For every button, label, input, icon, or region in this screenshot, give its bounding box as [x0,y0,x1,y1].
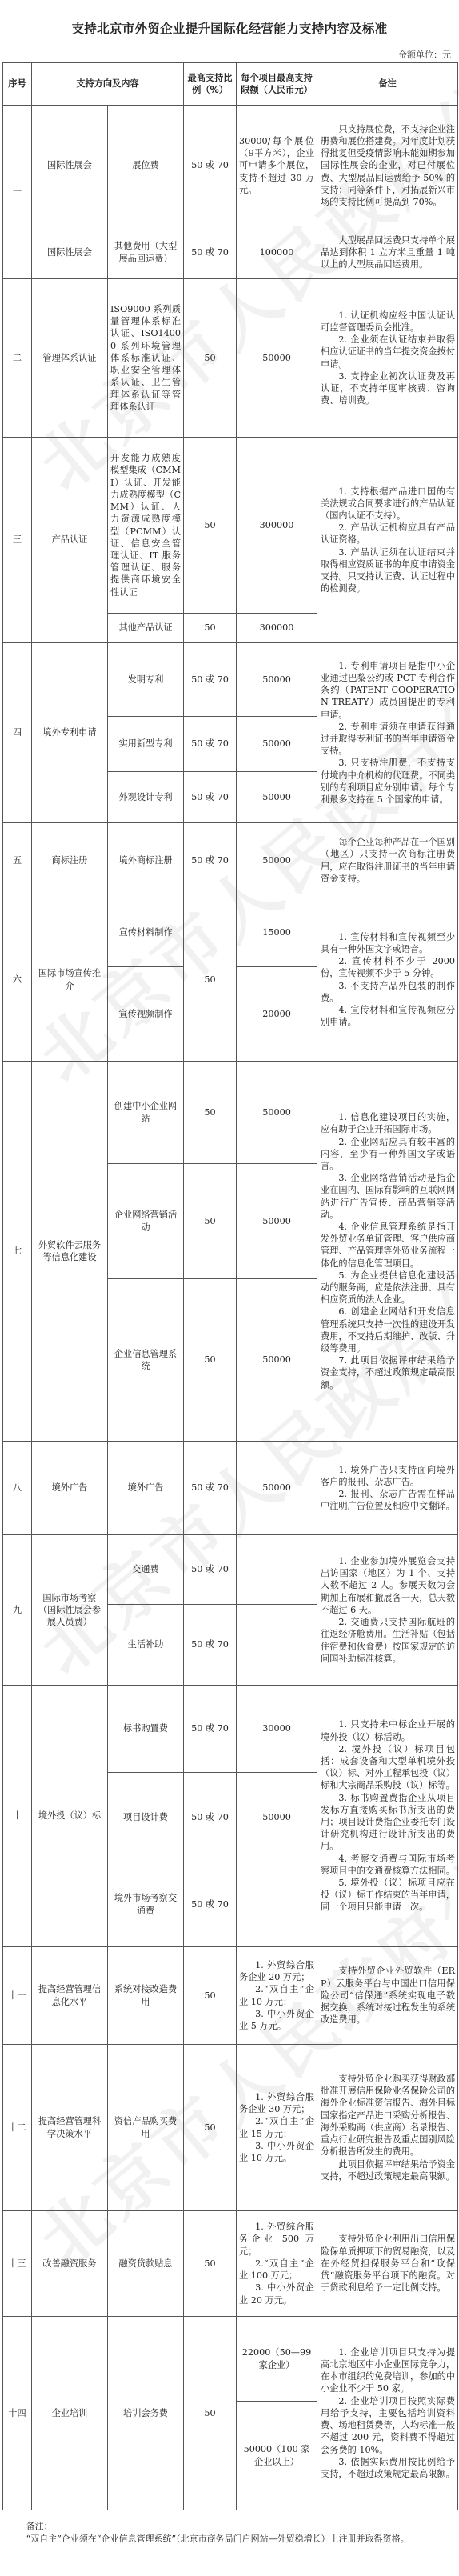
limit-text: 3. 中小外贸企业 10 万元。 [239,2140,314,2164]
note-text: 1. 专利申请项目是指中小企业通过巴黎公约或 PCT 专利合作条约（PATENT… [321,660,455,721]
note-text: 5. 为企业提供信息化建设活动的服务商，应是依法注册、具有相应资质的法人企业。 [321,1270,455,1306]
table-row: 一 国际性展会 展位费 50 或 70 30000/每个展位（9平方米），企业可… [3,106,458,226]
note-text: 4. 企业信息管理系统是指开发外贸业务单证管理、客户供应商管理、产品管理等外贸业… [321,1221,455,1270]
limit-cell: 30000/每个展位（9平方米），企业可申请多个展位，支持不超过 30 万元。 [237,106,317,226]
seq-cell: 十一 [3,1947,32,2045]
limit-cell [237,1862,317,1947]
limit-cell: 22000（50—99 家企业） [237,2317,317,2402]
ratio-cell: 50 [184,1279,237,1442]
limit-cell: 50000 [237,1442,317,1535]
seq-cell: 四 [3,643,32,823]
note-text: 支持外贸企业利用出口信用保险保单质押项下的贸易融资，以及在外经贸担保服务平台和“… [321,2233,455,2294]
note-cell: 1. 企业参加境外展览会支持出访国家（地区）为 1 个、支持人数不超过 2 人。… [317,1535,458,1686]
seq-cell: 七 [3,1062,32,1442]
limit-text: 2.“双自主”企业 15 万元； [239,2115,314,2139]
note-text: 2. 专利申请须在申请获得通过并取得专利证书的当年申请资金支持。 [321,721,455,758]
item-cell: 企业信息管理系统 [108,1279,184,1442]
note-text: 1. 宣传材料和宣传视频至少具有一种外国文字或语音。 [321,931,455,955]
table-row: 十四 企业培训 培训会务费 50 22000（50—99 家企业） 1. 企业培… [3,2317,458,2402]
note-text: 大型展品回运费只支持单个展品达到体积 1 立方米且重量 1 吨以上的大型展品回运… [321,234,455,271]
category-cell: 企业培训 [32,2317,108,2510]
limit-cell: 1. 外贸综合服务企业 20 万元； 2.“双自主”企业 10 万元； 3. 中… [237,1947,317,2045]
ratio-cell: 50 或 70 [184,226,237,279]
category-cell: 境外专利申请 [32,643,108,823]
note-cell: 1. 只支持未中标企业开展的境外投（议）标活动。 2. 境外投（议）标项目包括：… [317,1686,458,1947]
table-row: 四 境外专利申请 发明专利 50 或 70 50000 1. 专利申请项目是指中… [3,643,458,717]
limit-cell: 50000 [237,1279,317,1442]
limit-cell: 50000 [237,279,317,438]
table-row: 十一 提高经营管理信息化水平 系统对接改造费用 50 1. 外贸综合服务企业 2… [3,1947,458,2045]
table-row: 七 外贸软件云服务等信息化建设 创建中小企业网站 50 50000 1. 信息化… [3,1062,458,1164]
note-text: 2. 宣传材料不少于 2000 份，宣传视频不少于 5 分钟。 [321,955,455,979]
note-text: 此项目依据评审结果给予资金支持，不超过政策规定最高限额。 [321,2158,455,2182]
item-cell: 开发能力成熟度模型集成（CMMI）认证、开发能力成熟度模型（CMM）认证、人力资… [108,438,184,614]
ratio-cell: 50 [184,614,237,643]
ratio-cell: 50 [184,2045,237,2211]
note-text: 3. 不支持产品外包装的制作费。 [321,980,455,1004]
seq-cell: 九 [3,1535,32,1686]
limit-cell: 30000 [237,1686,317,1773]
seq-cell: 十三 [3,2211,32,2317]
limit-text: 1. 外贸综合服务企业 30 万元； [239,2091,314,2115]
category-cell: 管理体系认证 [32,279,108,438]
table-row: 六 国际市场宣传推介 宣传材料制作 50 15000 1. 宣传材料和宣传视频至… [3,898,458,967]
ratio-cell: 50 或 70 [184,772,237,823]
limit-cell: 300000 [237,614,317,643]
note-text: 2. 境外投（议）标项目包括：成套设备和大型单机境外投（议）标、对外工程承包投（… [321,1743,455,1792]
limit-cell: 50000 [237,1773,317,1862]
limit-cell: 50000 [237,772,317,823]
note-cell: 1. 企业培训项目只支持为提高北京地区中小企业国际竞争力，在本市组织的免费培训，… [317,2317,458,2510]
limit-text: 1. 外贸综合服务企业 20 万元； [239,1959,314,1983]
ratio-cell: 50 或 70 [184,1686,237,1773]
note-cell: 只支持展位费，不支持企业注册费和展位搭建费。对年度计划获得批复但受疫情影响未能如… [317,106,458,226]
header-seq: 序号 [3,63,32,106]
note-text: 1. 支持根据产品进口国的有关法规或合同要求进行的产品认证（国内认证不支持）。 [321,486,455,522]
item-cell: ISO9000 系列质量管理体系标准认证、ISO14000 系列环境管理体系标准… [108,279,184,438]
ratio-cell: 50 或 70 [184,1442,237,1535]
item-cell: 企业网络营销活动 [108,1164,184,1279]
limit-text: 2.“双自主”企业 10 万元； [239,1983,314,2007]
note-text: 支持外贸企业外贸软件（ERP）云服务平台与中国出口信用保险公司“信保通”系统实现… [321,1965,455,2026]
note-text: 只支持展位费，不支持企业注册费和展位搭建费。对年度计划获得批复但受疫情影响未能如… [321,123,455,208]
category-cell: 提高经营管理信息化水平 [32,1947,108,2045]
seq-cell: 五 [3,823,32,898]
ratio-cell: 50 或 70 [184,1605,237,1686]
category-cell: 境外投（议）标 [32,1686,108,1947]
seq-cell: 十四 [3,2317,32,2510]
seq-cell: 二 [3,279,32,438]
limit-cell: 15000 [237,898,317,967]
note-text: 2. 产品认证机构应具有产品认证资格。 [321,522,455,546]
note-cell: 支持外贸企业利用出口信用保险保单质押项下的贸易融资，以及在外经贸担保服务平台和“… [317,2211,458,2317]
note-cell: 1. 信息化建设项目的实施，应有助于企业开拓国际市场。 2. 企业网站应具有较丰… [317,1062,458,1442]
ratio-cell: 50 或 70 [184,643,237,717]
seq-cell: 十 [3,1686,32,1947]
page-title: 支持北京市外贸企业提升国际化经营能力支持内容及标准 [0,19,459,37]
footnote-text: “双自主”企业须在“企业信息管理系统”（北京市商务局门户网站—外贸稳增长）上注册… [3,2533,456,2546]
seq-cell: 八 [3,1442,32,1535]
note-text: 3. 只支持注册费，不支持支付境内中介机构的代理费。不同类别的专利项目应分别申请… [321,757,455,806]
note-text: 4. 宣传材料和宣传视频应分别申请。 [321,1004,455,1028]
note-cell: 大型展品回运费只支持单个展品达到体积 1 立方米且重量 1 吨以上的大型展品回运… [317,226,458,279]
limit-cell: 50000 [237,643,317,717]
seq-cell: 一 [3,106,32,279]
footnote: 备注： “双自主”企业须在“企业信息管理系统”（北京市商务局门户网站—外贸稳增长… [3,2520,456,2546]
limit-cell: 100000 [237,226,317,279]
ratio-cell: 50 或 70 [184,1773,237,1862]
ratio-cell: 50 [184,1062,237,1164]
category-cell: 提高经营管理科学决策水平 [32,2045,108,2211]
limit-cell: 50000 [237,1164,317,1279]
limit-cell [237,1535,317,1605]
item-cell: 项目设计费 [108,1773,184,1862]
category-cell: 境外广告 [32,1442,108,1535]
table-row: 二 管理体系认证 ISO9000 系列质量管理体系标准认证、ISO14000 系… [3,279,458,438]
note-text: 每个企业每种产品在一个国别（地区）只支持一次商标注册费用，应在取得注册证书的当年… [321,836,455,885]
note-text: 6. 创建企业网站和开发信息管理系统只支持一次性的建设开发费用，不支持后期维护、… [321,1306,455,1354]
ratio-cell: 50 [184,2317,237,2510]
note-text: 3. 依据实际费用按比例给予支持，不超过政策规定最高限额。 [321,2456,455,2480]
note-cell: 支持外贸企业购买获得财政部批准开展信用保险业务保险公司的海外企业标准资信报告、海… [317,2045,458,2211]
table-row: 三 产品认证 开发能力成熟度模型集成（CMMI）认证、开发能力成熟度模型（CMM… [3,438,458,614]
item-cell: 宣传视频制作 [108,967,184,1062]
item-cell: 生活补助 [108,1605,184,1686]
ratio-cell: 50 [184,1164,237,1279]
header-ratio: 最高支持比例（%） [184,63,237,106]
note-text: 7. 此项目依据评审结果给予资金支持，不超过政策规定最高限额。 [321,1354,455,1391]
item-cell: 其他费用（大型展品回运费） [108,226,184,279]
category-cell: 国际性展会 [32,226,108,279]
note-cell: 支持外贸企业外贸软件（ERP）云服务平台与中国出口信用保险公司“信保通”系统实现… [317,1947,458,2045]
note-text: 2. 报刊、杂志广告需在样品中注明广告位置及相应中文翻译。 [321,1488,455,1512]
category-cell: 国际市场考察（国际性展会参展人员费） [32,1535,108,1686]
limit-cell: 50000（100 家企业以上） [237,2402,317,2510]
limit-text: 30000/每个展位（9平方米），企业可申请多个展位，支持不超过 30 万元。 [239,135,314,196]
limit-cell: 50000 [237,1062,317,1164]
header-note: 备注 [317,63,458,106]
support-standards-table: 序号 支持方向及内容 最高支持比例（%） 每个项目最高支持限额（人民币元） 备注… [2,62,458,2510]
item-cell: 融资贷款贴息 [108,2211,184,2317]
note-cell: 1. 境外广告只支持面向境外客户的报刊、杂志广告。 2. 报刊、杂志广告需在样品… [317,1442,458,1535]
ratio-cell: 50 或 70 [184,1862,237,1947]
note-text: 1. 只支持未中标企业开展的境外投（议）标活动。 [321,1718,455,1742]
item-cell: 资信产品购买费用 [108,2045,184,2211]
limit-cell: 50000 [237,717,317,772]
ratio-cell: 50 [184,438,237,614]
note-text: 1. 企业培训项目只支持为提高北京地区中小企业国际竞争力，在本市组织的免费培训，… [321,2346,455,2395]
item-cell: 系统对接改造费用 [108,1947,184,2045]
item-cell: 标书购置费 [108,1686,184,1773]
note-cell: 1. 宣传材料和宣传视频至少具有一种外国文字或语音。 2. 宣传材料不少于 20… [317,898,458,1062]
note-text: 3. 企业网络营销活动是指企业在国内、国际有影响的互联网网站进行广告宣传、商品营… [321,1172,455,1221]
seq-cell: 三 [3,438,32,643]
item-cell: 境外商标注册 [108,823,184,898]
note-text: 1. 认证机构应经中国认证认可监督管理委员会批准。 [321,310,455,334]
footnote-label: 备注： [3,2520,456,2533]
header-limit: 每个项目最高支持限额（人民币元） [237,63,317,106]
limit-cell [237,1605,317,1686]
category-cell: 产品认证 [32,438,108,643]
note-cell: 1. 支持根据产品进口国的有关法规或合同要求进行的产品认证（国内认证不支持）。 … [317,438,458,643]
item-cell: 境外广告 [108,1442,184,1535]
item-cell: 宣传材料制作 [108,898,184,967]
item-cell: 交通费 [108,1535,184,1605]
item-cell: 境外市场考察交通费 [108,1862,184,1947]
ratio-cell: 50 或 70 [184,106,237,226]
category-cell: 外贸软件云服务等信息化建设 [32,1062,108,1442]
limit-cell: 20000 [237,967,317,1062]
item-cell: 发明专利 [108,643,184,717]
category-cell: 商标注册 [32,823,108,898]
note-text: 4. 考察交通费与国际市场考察项目中的交通费核算方法相同。 [321,1853,455,1877]
table-row: 九 国际市场考察（国际性展会参展人员费） 交通费 50 或 70 1. 企业参加… [3,1535,458,1605]
ratio-cell: 50 或 70 [184,823,237,898]
limit-text: 1. 外贸综合服务企业 500 万元； [239,2221,314,2258]
ratio-cell: 50 [184,2211,237,2317]
note-text: 2. 企业须在认证结束并取得相应认证证书的当年提交资金拨付申请。 [321,334,455,370]
limit-cell: 50000 [237,823,317,898]
note-text: 3. 标书购置费指企业从项目发标方直接购买标书所支出的费用；项目设计费指企业委托… [321,1792,455,1853]
table-header-row: 序号 支持方向及内容 最高支持比例（%） 每个项目最高支持限额（人民币元） 备注 [3,63,458,106]
note-text: 1. 境外广告只支持面向境外客户的报刊、杂志广告。 [321,1464,455,1488]
category-cell: 国际市场宣传推介 [32,898,108,1062]
table-row: 十三 改善融资服务 融资贷款贴息 50 1. 外贸综合服务企业 500 万元； … [3,2211,458,2317]
note-cell: 1. 专利申请项目是指中小企业通过巴黎公约或 PCT 专利合作条约（PATENT… [317,643,458,823]
seq-cell: 十二 [3,2045,32,2211]
note-cell: 1. 认证机构应经中国认证认可监督管理委员会批准。 2. 企业须在认证结束并取得… [317,279,458,438]
note-text: 3. 支持企业初次认证费及再认证，不支持年度审核费、咨询费、培训费。 [321,370,455,407]
unit-label: 金额单位：元 [398,48,451,61]
note-text: 3. 产品认证须在认证结束并取得相应资质证书的年度申请资金支持。只支持认证费、认… [321,546,455,595]
table-row: 国际性展会 其他费用（大型展品回运费） 50 或 70 100000 大型展品回… [3,226,458,279]
note-text: 1. 企业参加境外展览会支持出访国家（地区）为 1 个、支持人数不超过 2 人。… [321,1555,455,1616]
ratio-cell: 50 [184,898,237,1062]
seq-cell: 六 [3,898,32,1062]
table-row: 十 境外投（议）标 标书购置费 50 或 70 30000 1. 只支持未中标企… [3,1686,458,1773]
category-cell: 改善融资服务 [32,2211,108,2317]
note-text: 2. 企业培训项目按照实际费用给予支持，主要包括培训资料费、场地租赁费等，人均标… [321,2395,455,2456]
item-cell: 其他产品认证 [108,614,184,643]
item-cell: 展位费 [108,106,184,226]
note-cell: 每个企业每种产品在一个国别（地区）只支持一次商标注册费用，应在取得注册证书的当年… [317,823,458,898]
item-cell: 外观设计专利 [108,772,184,823]
note-text: 支持外贸企业购买获得财政部批准开展信用保险业务保险公司的海外企业标准资信报告、海… [321,2073,455,2158]
note-text: 2. 企业网站应具有较丰富的内容，至少有一种外国文字或语言。 [321,1136,455,1173]
limit-cell: 300000 [237,438,317,614]
header-direction: 支持方向及内容 [32,63,184,106]
table-row: 八 境外广告 境外广告 50 或 70 50000 1. 境外广告只支持面向境外… [3,1442,458,1535]
note-text: 2. 交通费只支持国际航班的往返经济舱费用。生活补贴（包括住宿费和伙食费）按国家… [321,1616,455,1665]
ratio-cell: 50 或 70 [184,717,237,772]
limit-cell: 1. 外贸综合服务企业 30 万元； 2.“双自主”企业 15 万元； 3. 中… [237,2045,317,2211]
ratio-cell: 50 或 70 [184,1535,237,1605]
note-text: 1. 信息化建设项目的实施，应有助于企业开拓国际市场。 [321,1111,455,1135]
note-text: 5. 境外投（议）标项目应在投（议）标工作结束的当年申请，同一个项目只能申请一次… [321,1877,455,1914]
item-cell: 培训会务费 [108,2317,184,2510]
item-cell: 创建中小企业网站 [108,1062,184,1164]
ratio-cell: 50 [184,279,237,438]
table-row: 十二 提高经营管理科学决策水平 资信产品购买费用 50 1. 外贸综合服务企业 … [3,2045,458,2211]
table-row: 五 商标注册 境外商标注册 50 或 70 50000 每个企业每种产品在一个国… [3,823,458,898]
limit-text: 3. 中小外贸企业 5 万元。 [239,2008,314,2032]
limit-cell: 1. 外贸综合服务企业 500 万元； 2.“双自主”企业 100 万元； 3.… [237,2211,317,2317]
category-cell: 国际性展会 [32,106,108,226]
item-cell: 实用新型专利 [108,717,184,772]
limit-text: 3. 中小外贸企业 20 万元。 [239,2282,314,2306]
limit-text: 2.“双自主”企业 100 万元； [239,2258,314,2282]
ratio-cell: 50 [184,1947,237,2045]
